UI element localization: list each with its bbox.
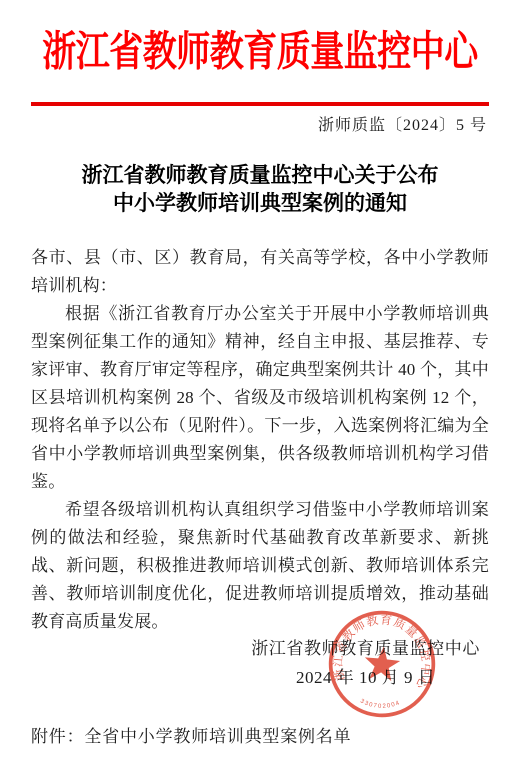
document-page: 浙江省教师教育质量监控中心 浙师质监〔2024〕5 号 浙江省教师教育质量监控中… (0, 0, 520, 758)
body-paragraph-1: 根据《浙江省教育厅办公室关于开展中小学教师培训典型案例征集工作的通知》精神，经自… (31, 300, 489, 496)
title-line-1: 浙江省教师教育质量监控中心关于公布 (0, 161, 520, 189)
body-paragraph-2: 希望各级培训机构认真组织学习借鉴中小学教师培训案例的做法和经验，聚焦新时代基础教… (31, 496, 489, 636)
org-header: 浙江省教师教育质量监控中心 (0, 18, 520, 78)
doc-number: 浙师质监〔2024〕5 号 (318, 112, 487, 135)
document-title: 浙江省教师教育质量监控中心关于公布 中小学教师培训典型案例的通知 (0, 161, 520, 217)
title-line-2: 中小学教师培训典型案例的通知 (0, 189, 520, 217)
red-divider-line (31, 102, 489, 106)
salutation: 各市、县（市、区）教育局，有关高等学校，各中小学教师培训机构： (31, 244, 489, 300)
attachment-note: 附件：全省中小学教师培训典型案例名单 (31, 722, 351, 747)
document-body: 各市、县（市、区）教育局，有关高等学校，各中小学教师培训机构： 根据《浙江省教育… (31, 244, 489, 636)
signature-org-name: 浙江省教师教育质量监控中心 (251, 634, 480, 663)
signature-date: 2024 年 10 月 9 日 (251, 663, 480, 692)
signature-block: 浙江省教师教育质量监控中心 2024 年 10 月 9 日 (251, 634, 480, 692)
